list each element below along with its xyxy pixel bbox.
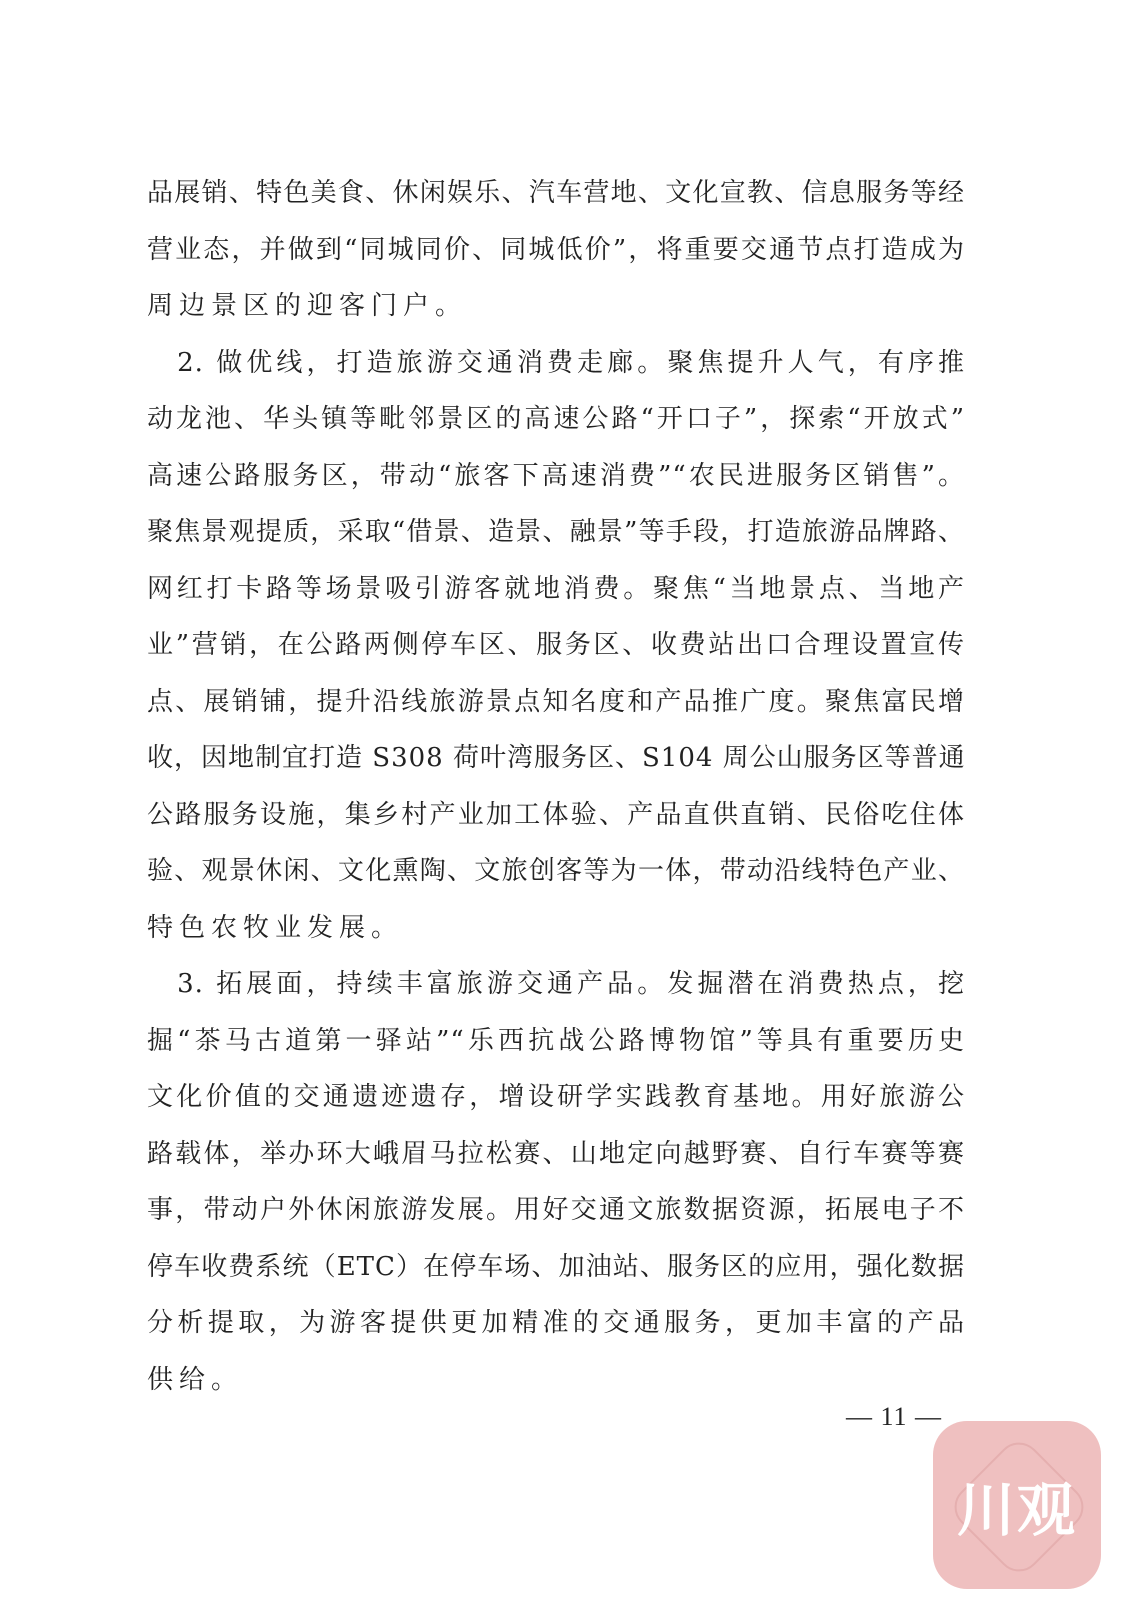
watermark-text: 川观 [957,1463,1077,1547]
document-page: 品展销、特色美食、休闲娱乐、汽车营地、文化宣教、信息服务等经 营业态，并做到“同… [0,0,1131,1600]
text-line: 周边景区的迎客门户。 [147,278,965,335]
chuanguan-watermark-logo: 川观 [933,1421,1101,1589]
text-line: 掘“茶马古道第一驿站”“乐西抗战公路博物馆”等具有重要历史 [147,1013,965,1070]
section-3-heading-line: 3. 拓展面，持续丰富旅游交通产品。发掘潜在消费热点，挖 [147,956,965,1013]
text-line: 路载体，举办环大峨眉马拉松赛、山地定向越野赛、自行车赛等赛 [147,1126,965,1183]
text-line: 品展销、特色美食、休闲娱乐、汽车营地、文化宣教、信息服务等经 [147,165,965,222]
text-line: 点、展销铺，提升沿线旅游景点知名度和产品推广度。聚焦富民增 [147,674,965,731]
text-line: 文化价值的交通遗迹遗存，增设研学实践教育基地。用好旅游公 [147,1069,965,1126]
text-line: 分析提取，为游客提供更加精准的交通服务，更加丰富的产品 [147,1295,965,1352]
page-number: — 11 — [846,1402,942,1432]
text-line: 事，带动户外休闲旅游发展。用好交通文旅数据资源，拓展电子不 [147,1182,965,1239]
text-line: 动龙池、华头镇等毗邻景区的高速公路“开口子”，探索“开放式” [147,391,965,448]
text-line: 营业态，并做到“同城同价、同城低价”，将重要交通节点打造成为 [147,222,965,279]
text-line: 网红打卡路等场景吸引游客就地消费。聚焦“当地景点、当地产 [147,561,965,618]
text-line: 验、观景休闲、文化熏陶、文旅创客等为一体，带动沿线特色产业、 [147,843,965,900]
text-line: 停车收费系统（ETC）在停车场、加油站、服务区的应用，强化数据 [147,1239,965,1296]
text-line: 高速公路服务区，带动“旅客下高速消费”“农民进服务区销售”。 [147,448,965,505]
text-line: 供给。 [147,1352,965,1409]
body-text: 品展销、特色美食、休闲娱乐、汽车营地、文化宣教、信息服务等经 营业态，并做到“同… [147,165,965,1408]
text-line: 业”营销，在公路两侧停车区、服务区、收费站出口合理设置宣传 [147,617,965,674]
text-line: 收，因地制宜打造 S308 荷叶湾服务区、S104 周公山服务区等普通 [147,730,965,787]
text-line: 特色农牧业发展。 [147,900,965,957]
text-line: 聚焦景观提质，采取“借景、造景、融景”等手段，打造旅游品牌路、 [147,504,965,561]
text-line: 公路服务设施，集乡村产业加工体验、产品直供直销、民俗吃住体 [147,787,965,844]
section-2-heading-line: 2. 做优线，打造旅游交通消费走廊。聚焦提升人气，有序推 [147,335,965,392]
